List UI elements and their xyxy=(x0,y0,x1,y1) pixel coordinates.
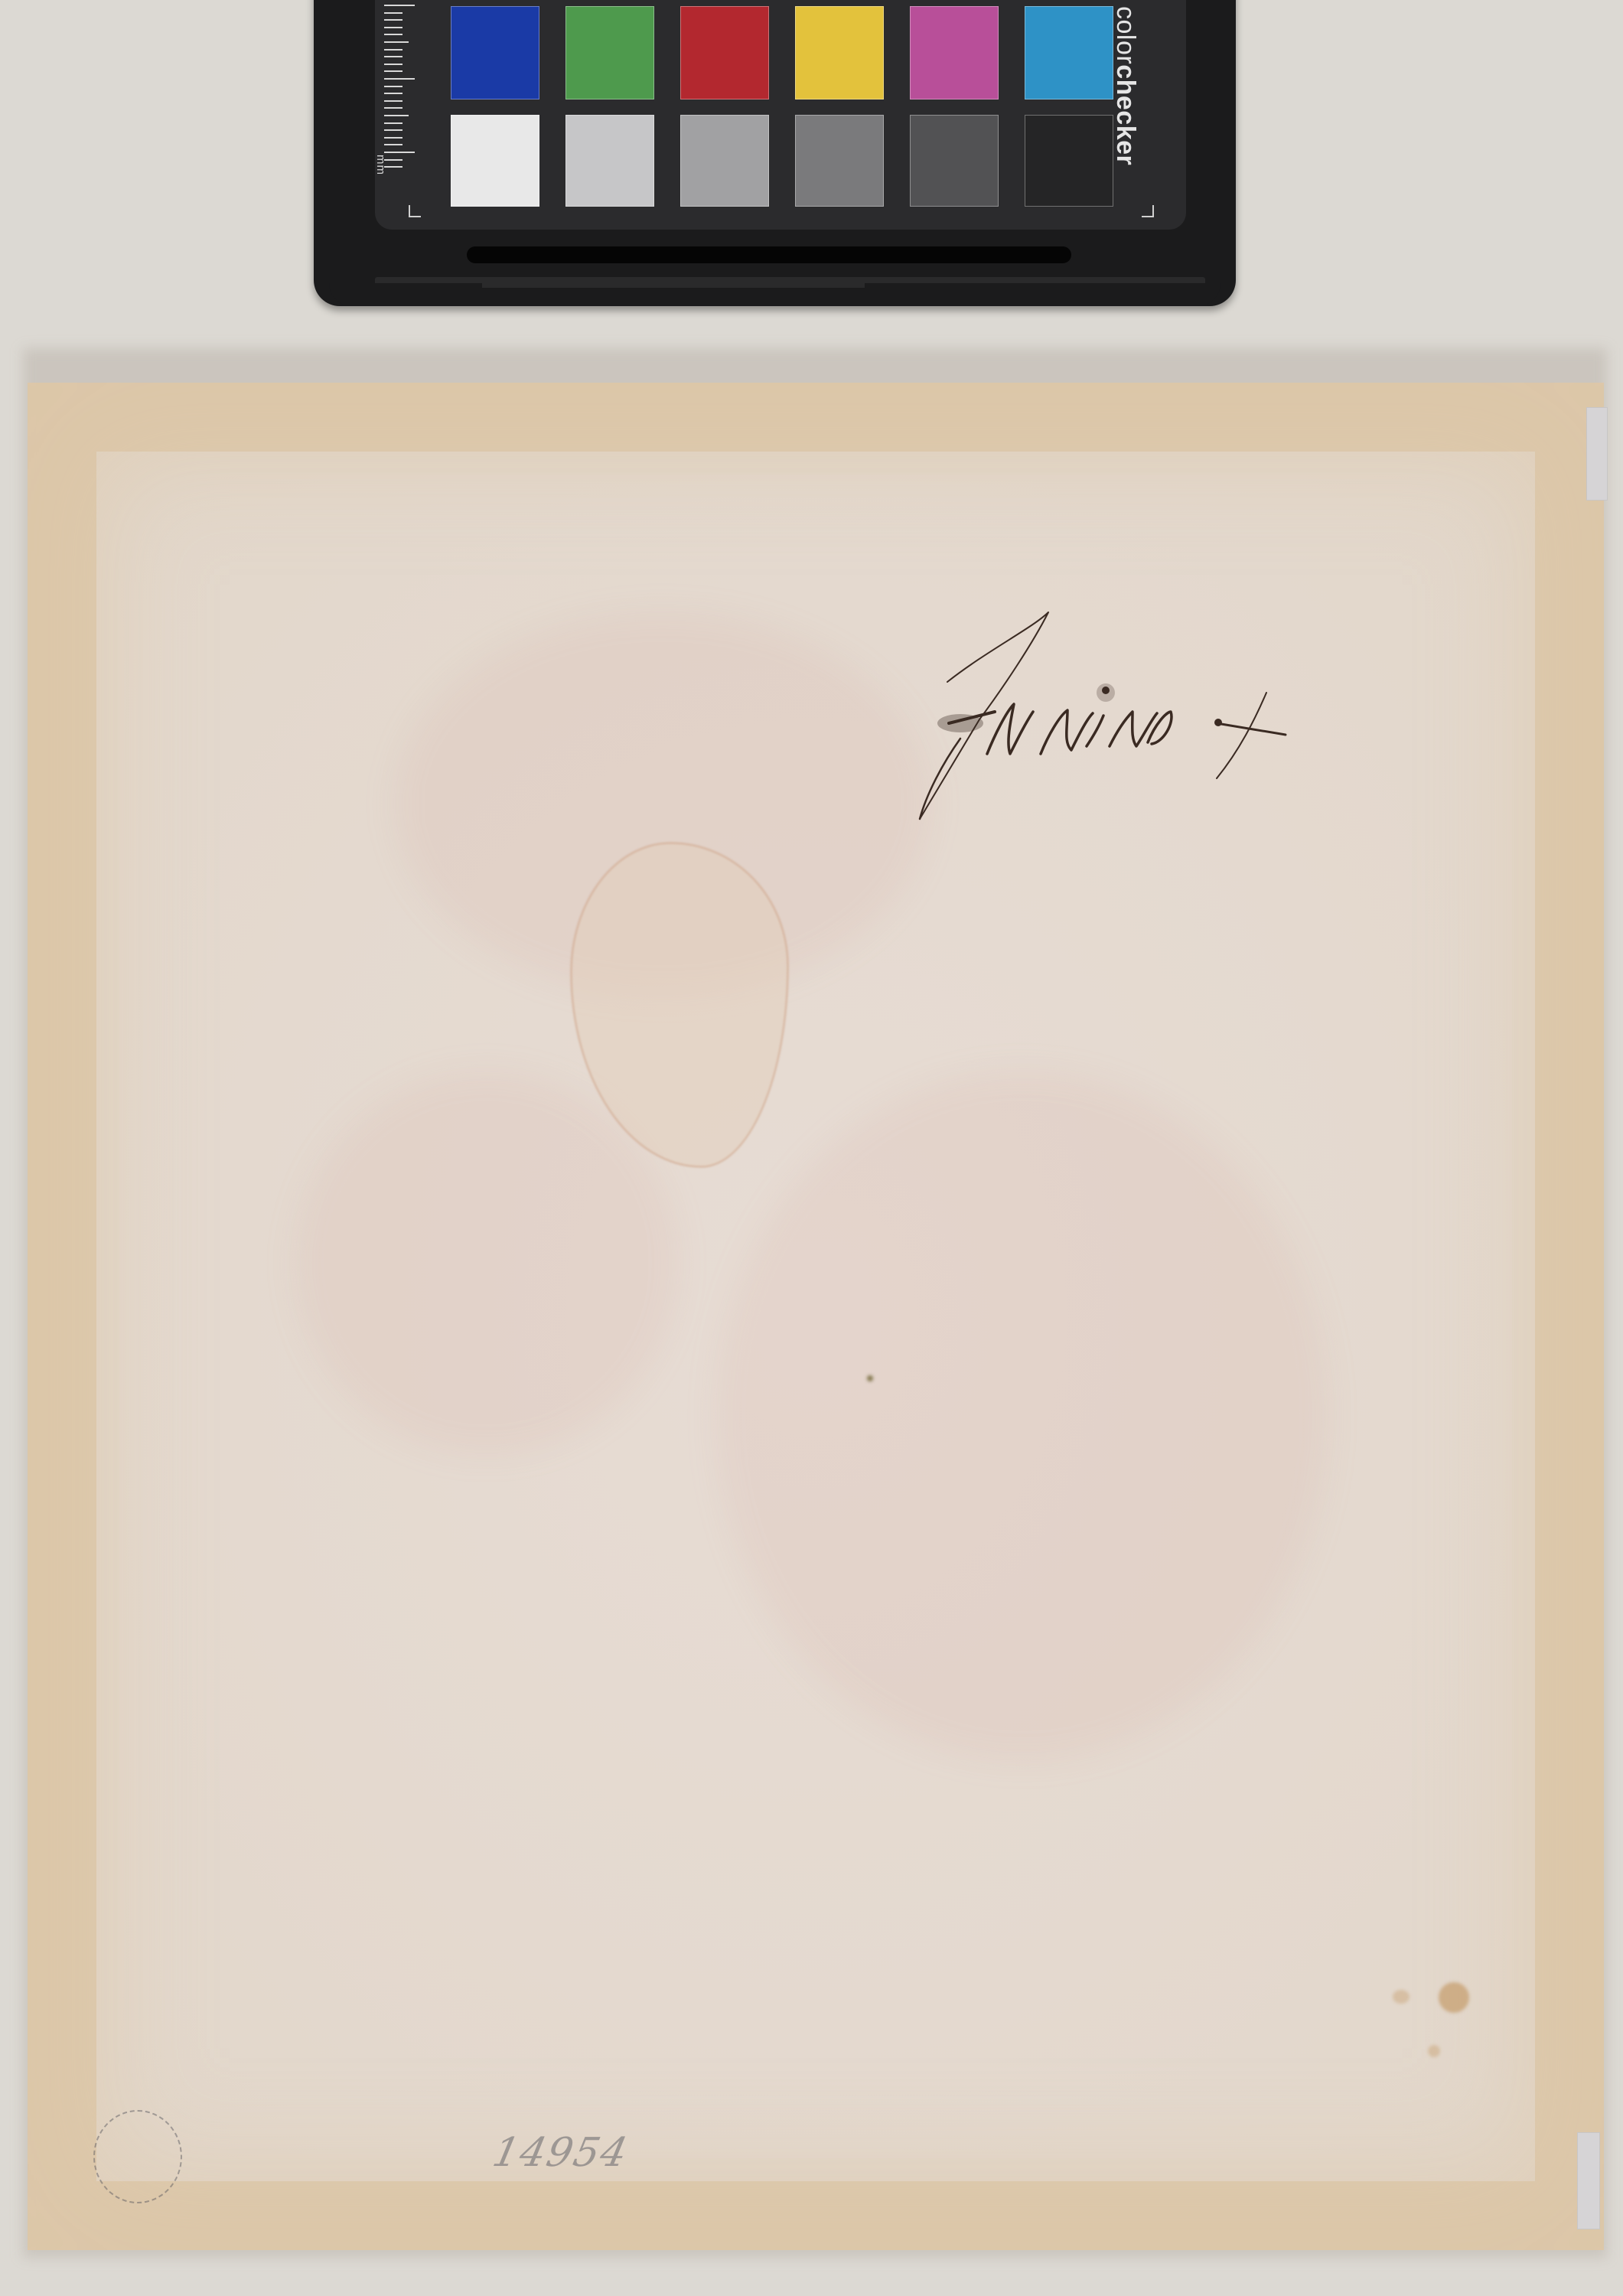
ruler-tick xyxy=(384,100,402,102)
ruler-tick xyxy=(384,64,402,65)
ruler-tick xyxy=(384,34,402,35)
ruler-tick xyxy=(384,107,402,109)
ruler-tick xyxy=(384,5,415,6)
ruler-tick xyxy=(384,86,402,87)
ruler-tick xyxy=(384,78,415,80)
corner-mark-right xyxy=(1142,205,1154,217)
collector-stamp xyxy=(93,2110,182,2203)
ruler-tick xyxy=(384,56,402,57)
brand-bold: checker xyxy=(1111,64,1140,165)
case-tab-left xyxy=(329,283,482,306)
ruler-tick xyxy=(384,49,402,51)
corner-mark-left xyxy=(409,205,421,217)
ruler-tick xyxy=(384,122,402,124)
color-patch-magenta xyxy=(910,6,999,99)
color-patch-neutral-8 xyxy=(565,115,654,207)
color-patch-neutral-5 xyxy=(795,115,884,207)
inventory-number: 14954 xyxy=(489,2130,633,2176)
foxing-spot xyxy=(867,1375,873,1381)
color-patch-neutral-6.5 xyxy=(680,115,769,207)
ruler-tick xyxy=(384,19,402,21)
ruler-tick xyxy=(384,93,402,94)
ruler-tick xyxy=(384,27,402,28)
ruler-tick xyxy=(384,115,409,116)
ruler-tick xyxy=(384,70,402,72)
foxing-spot xyxy=(1439,1982,1469,2013)
colorchecker-card: mm colorchecker xyxy=(375,0,1186,230)
ink-inscription: Junio + xyxy=(903,597,1377,827)
drawing-ghost xyxy=(295,1071,678,1454)
ruler-tick xyxy=(384,41,409,43)
colorchecker-target: mm colorchecker xyxy=(314,0,1236,306)
color-patch-blue xyxy=(451,6,539,99)
brand-light: color xyxy=(1111,6,1140,64)
ruler-tick xyxy=(384,12,402,14)
colorchecker-brand: colorchecker xyxy=(1110,6,1140,165)
ruler-tick xyxy=(384,144,402,145)
handwriting-svg xyxy=(903,597,1377,827)
ruler-tick xyxy=(384,152,415,153)
tape-hinge-bottom xyxy=(1577,2132,1600,2229)
case-tab-right xyxy=(865,283,1221,306)
color-patch-yellow xyxy=(795,6,884,99)
ruler-tick xyxy=(384,137,402,139)
ruler-tick xyxy=(384,129,402,131)
color-patch-cyan xyxy=(1025,6,1113,99)
color-patch-red xyxy=(680,6,769,99)
color-patch-neutral-3.5 xyxy=(910,115,999,207)
tape-hinge-top xyxy=(1586,407,1608,501)
color-patch-black xyxy=(1025,115,1113,207)
color-patch-green xyxy=(565,6,654,99)
foxing-spot xyxy=(1428,2045,1440,2057)
drawing-ghost xyxy=(716,1071,1328,1760)
case-slot xyxy=(467,246,1071,263)
ruler-unit-label: mm xyxy=(374,155,387,175)
foxing-spot xyxy=(1393,1990,1410,2004)
mm-ruler xyxy=(375,0,421,176)
color-patch-white xyxy=(451,115,539,207)
